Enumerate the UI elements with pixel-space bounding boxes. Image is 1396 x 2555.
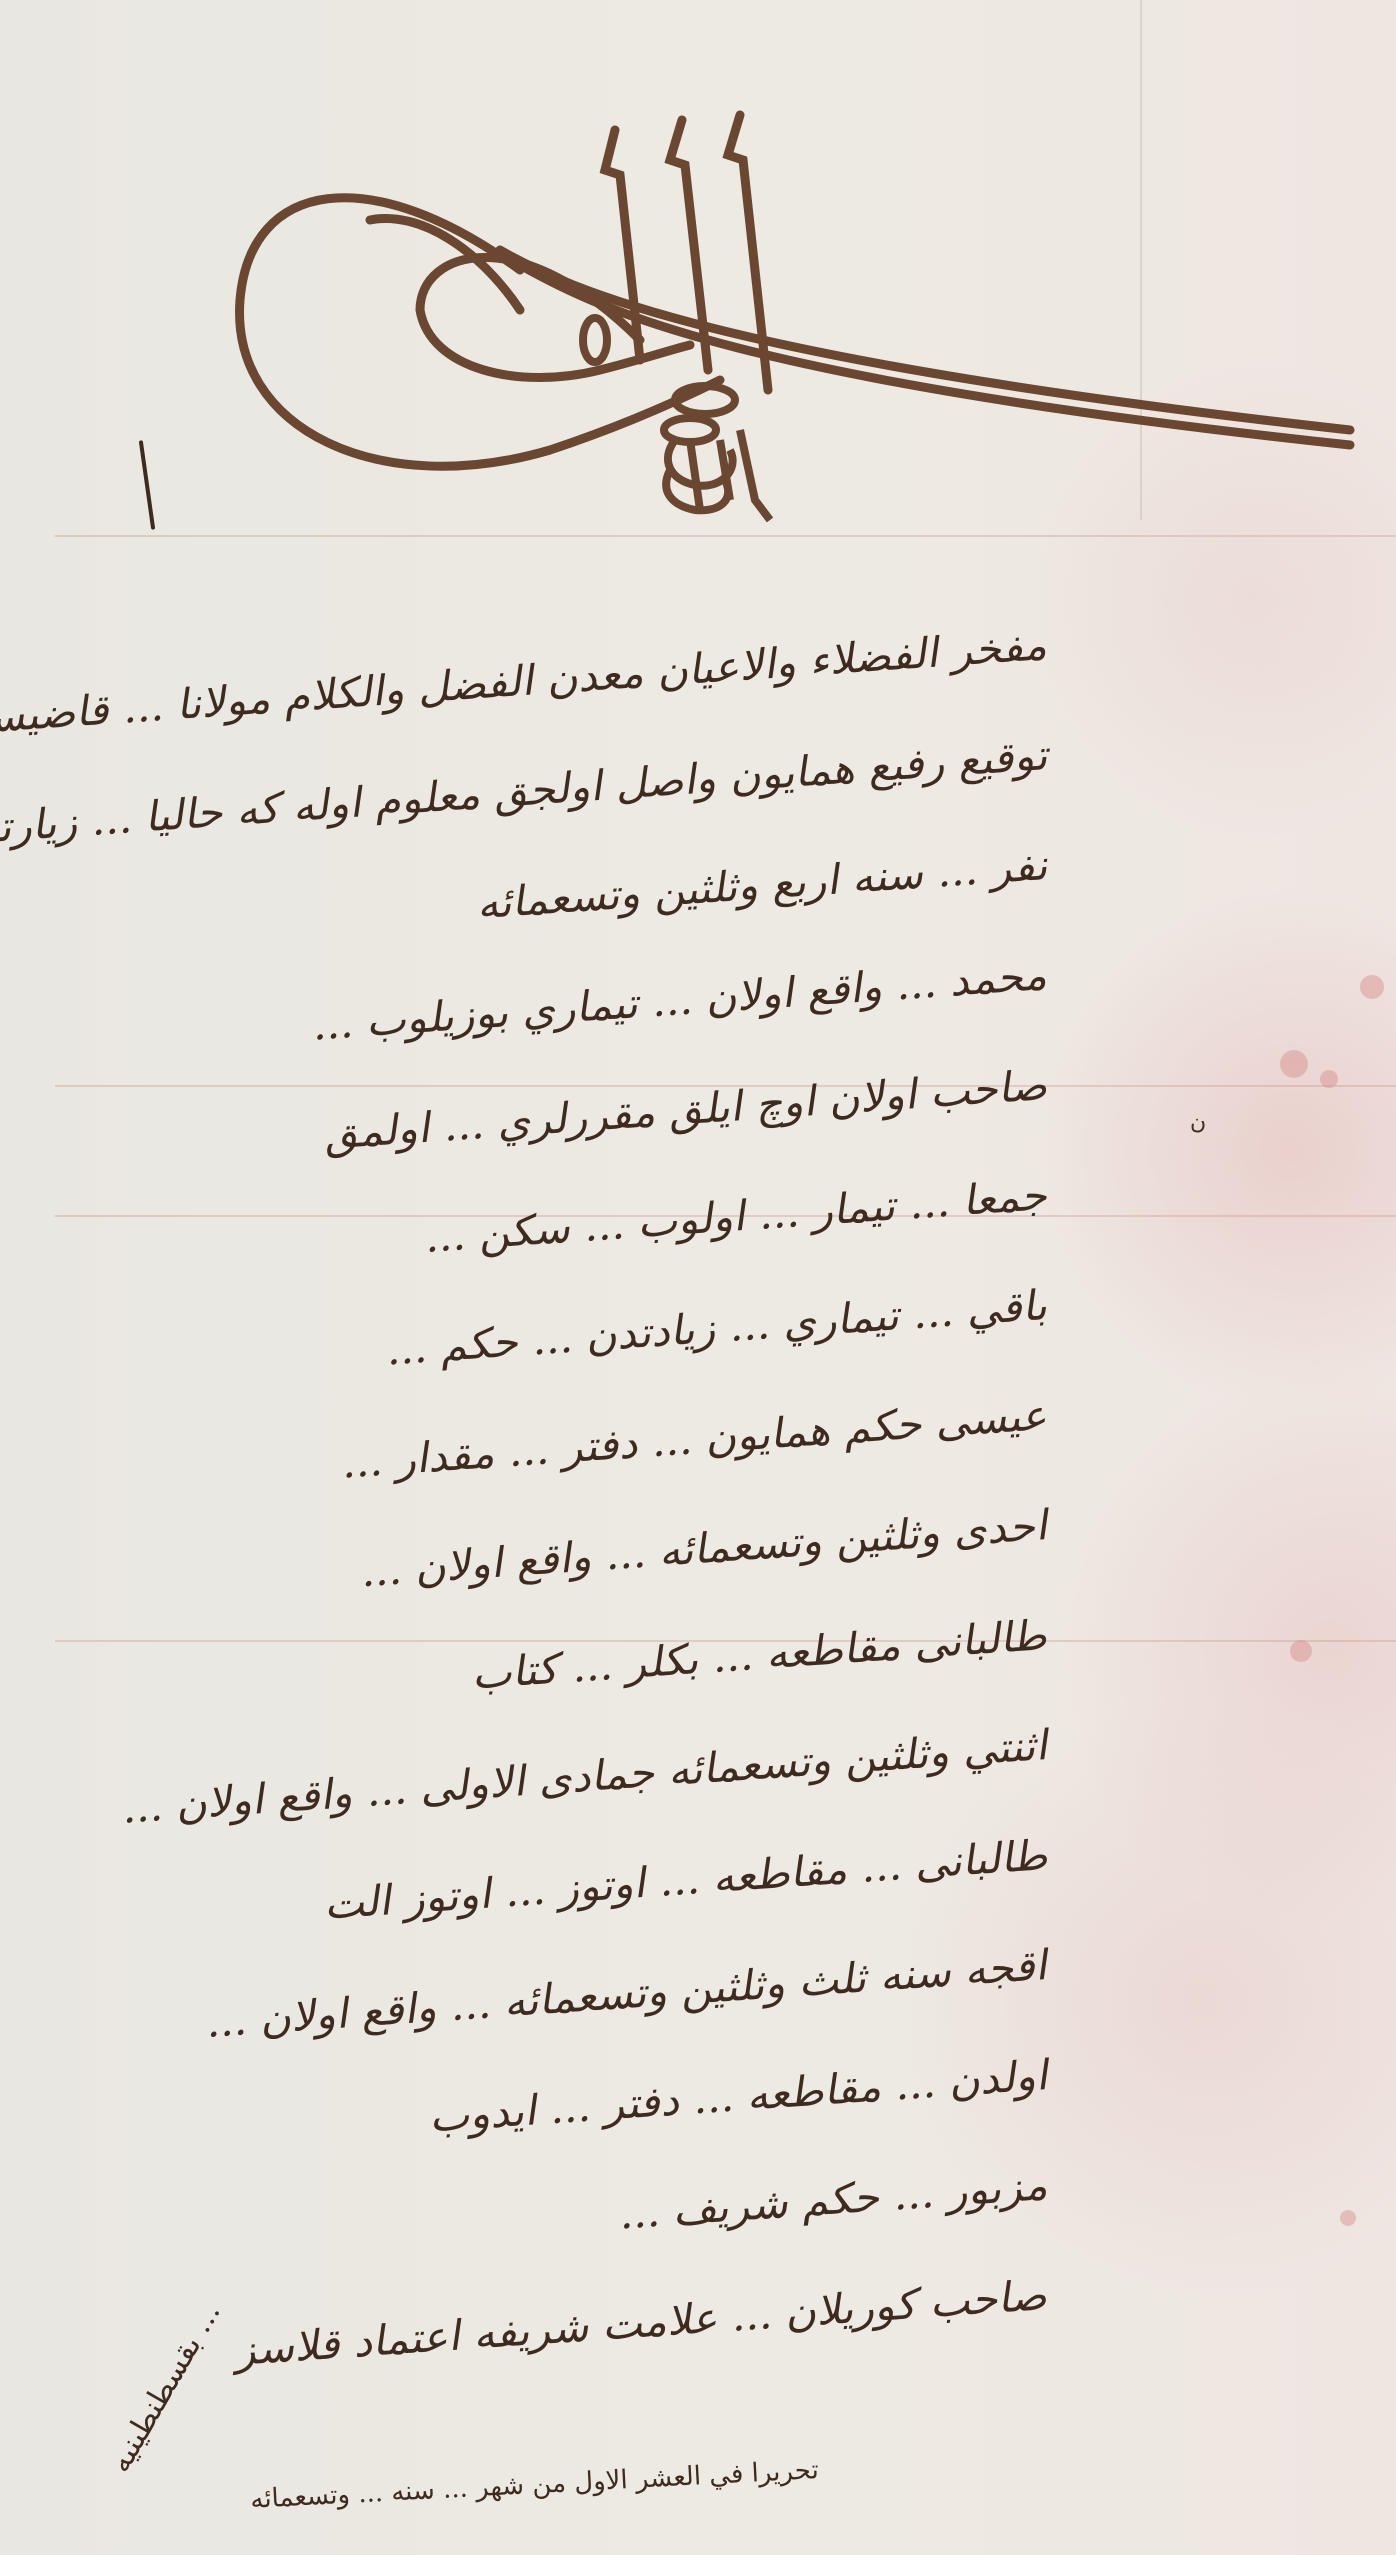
stain-spot: [1280, 1050, 1308, 1078]
small-ink-mark: ﻥ: [1190, 1110, 1206, 1135]
stain-spot: [1340, 2210, 1356, 2226]
tughra-icon: [220, 100, 1380, 530]
stain-spot: [1360, 975, 1384, 999]
tughra-monogram: [220, 100, 1380, 530]
paper-fold-line: [55, 535, 1396, 537]
stain-spot: [1320, 1070, 1338, 1088]
stain-spot: [1290, 1640, 1312, 1662]
